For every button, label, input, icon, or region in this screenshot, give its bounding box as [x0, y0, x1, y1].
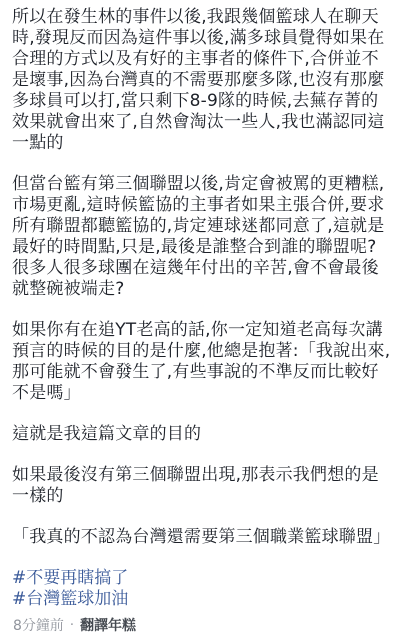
hashtag-list: #不要再瞎搞了 #台灣籃球加油 — [12, 568, 393, 610]
translate-link[interactable]: 翻譯年糕 — [80, 617, 136, 635]
hashtag-link-1[interactable]: #不要再瞎搞了 — [12, 568, 393, 589]
post-paragraph-6: 「我真的不認為台灣還需要第三個職業籃球聯盟」 — [12, 527, 393, 548]
post-paragraph-2: 但當台籃有第三個聯盟以後,肯定會被罵的更糟糕,市場更亂,這時候籃協的主事者如果主… — [12, 174, 393, 300]
post-body-text: 所以在發生林的事件以後,我跟幾個籃球人在聊天時,發現反而因為這件事以後,滿多球員… — [12, 7, 393, 548]
post-paragraph-1: 所以在發生林的事件以後,我跟幾個籃球人在聊天時,發現反而因為這件事以後,滿多球員… — [12, 7, 393, 154]
hashtag-link-2[interactable]: #台灣籃球加油 — [12, 589, 393, 610]
timestamp: 8分鐘前 — [13, 617, 64, 635]
post-paragraph-3: 如果你有在追YT老高的話,你一定知道老高每次講預言的時候的目的是什麼,他總是抱著… — [12, 320, 393, 404]
dot-separator: · — [70, 617, 74, 635]
post-paragraph-4: 這就是我這篇文章的目的 — [12, 424, 393, 445]
post-content: 所以在發生林的事件以後,我跟幾個籃球人在聊天時,發現反而因為這件事以後,滿多球員… — [0, 0, 405, 635]
post-meta: 8分鐘前 · 翻譯年糕 — [13, 617, 393, 635]
post-paragraph-5: 如果最後沒有第三個聯盟出現,那表示我們想的是一樣的 — [12, 465, 393, 507]
